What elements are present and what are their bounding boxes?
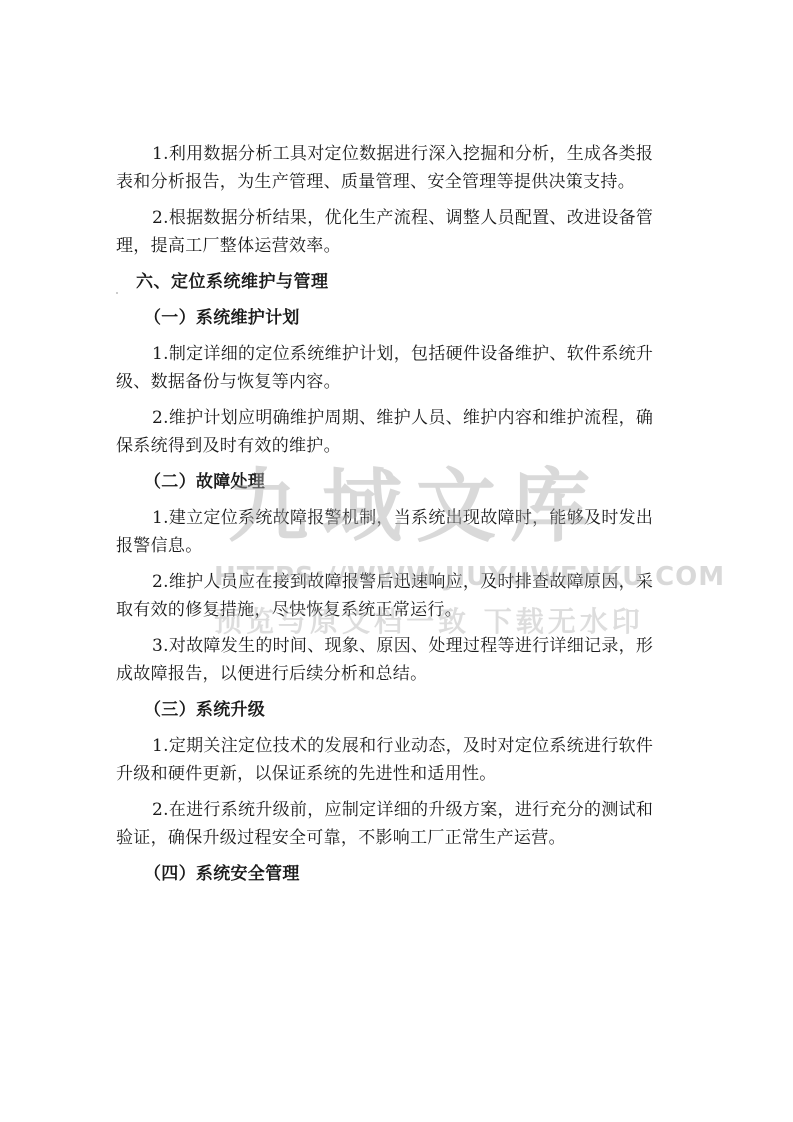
paragraph: 3.对故障发生的时间、现象、原因、处理过程等进行详细记录，形成故障报告，以便进行… — [116, 632, 666, 688]
subsection-heading: （二）故障处理 — [116, 468, 666, 496]
paragraph: 2.维护计划应明确维护周期、维护人员、维护内容和维护流程，确保系统得到及时有效的… — [116, 404, 666, 460]
paragraph: 1.制定详细的定位系统维护计划，包括硬件设备维护、软件系统升级、数据备份与恢复等… — [116, 340, 666, 396]
document-page: 1.利用数据分析工具对定位数据进行深入挖掘和分析，生成各类报表和分析报告，为生产… — [0, 0, 793, 1122]
subsection-heading: （四）系统安全管理 — [116, 860, 666, 888]
subsection-heading: （三）系统升级 — [116, 696, 666, 724]
document-body: 1.利用数据分析工具对定位数据进行深入挖掘和分析，生成各类报表和分析报告，为生产… — [116, 140, 666, 896]
subsection-heading: （一）系统维护计划 — [116, 304, 666, 332]
section-heading: 六、定位系统维护与管理 — [116, 268, 666, 296]
paragraph: 2.在进行系统升级前，应制定详细的升级方案，进行充分的测试和验证，确保升级过程安… — [116, 796, 666, 852]
paragraph: 1.利用数据分析工具对定位数据进行深入挖掘和分析，生成各类报表和分析报告，为生产… — [116, 140, 666, 196]
paragraph: 2.根据数据分析结果，优化生产流程、调整人员配置、改进设备管理，提高工厂整体运营… — [116, 204, 666, 260]
paragraph: 1.定期关注定位技术的发展和行业动态，及时对定位系统进行软件升级和硬件更新，以保… — [116, 732, 666, 788]
paragraph: 1.建立定位系统故障报警机制，当系统出现故障时，能够及时发出报警信息。 — [116, 504, 666, 560]
paragraph: 2.维护人员应在接到故障报警后迅速响应，及时排查故障原因，采取有效的修复措施，尽… — [116, 568, 666, 624]
